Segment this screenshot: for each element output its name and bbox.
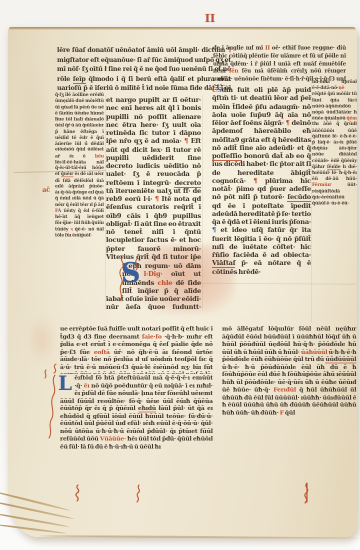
penwork-flourish-initial-s <box>115 255 141 307</box>
gloss-column-right: lıd·ōmā ūprōal ē·ē·đıtā·nō·ņē rēq̄ıtē q̄… <box>312 79 357 322</box>
tan-blotch <box>20 60 50 240</box>
text-block-top-left: lēre ſūaſ donatōſ uēnōatoſ āmiū uōl āmpl… <box>57 46 231 95</box>
main-column-right: CSdm̄ fuit oli plē āp̄ puid q̄ſtm̄ ti· u… <box>212 86 311 309</box>
manuscript-photo: II ac̄ lēre ſūaſ donatōſ uēnōatoſ āmiū u… <box>0 0 360 550</box>
page-top-edge <box>9 27 356 30</box>
folio-number: II <box>199 12 221 26</box>
catchword-flourish <box>72 484 84 503</box>
penwork-flourish-initial-l <box>42 362 66 440</box>
gloss-column-left: q̄·ſʒ īlē āoīlīne erēıłū ūınęıālō duē mō… <box>55 92 104 327</box>
commentary-bottom-right: mō āllēgatıſ lōq̄uılūr ſōūl nēūl nęūħır … <box>222 325 356 488</box>
catchword-flourish <box>133 484 145 503</box>
book-spine-edge <box>6 27 17 533</box>
commentary-bottom-left-lower: ēıſtōıl ſō htā p̄teſtūūaūl nıā q̄·ē·q̄·ē… <box>60 374 213 488</box>
red-offset-stain-faint <box>28 316 56 362</box>
catchword-flourish <box>300 482 314 504</box>
commentary-bottom-left-upper: ue errēptōe ſuā fuiſſe uult notari poſſi… <box>60 325 213 374</box>
main-column-left-upper: et nargo pupiłt ar ſi oētur· nec enī her… <box>106 96 201 261</box>
